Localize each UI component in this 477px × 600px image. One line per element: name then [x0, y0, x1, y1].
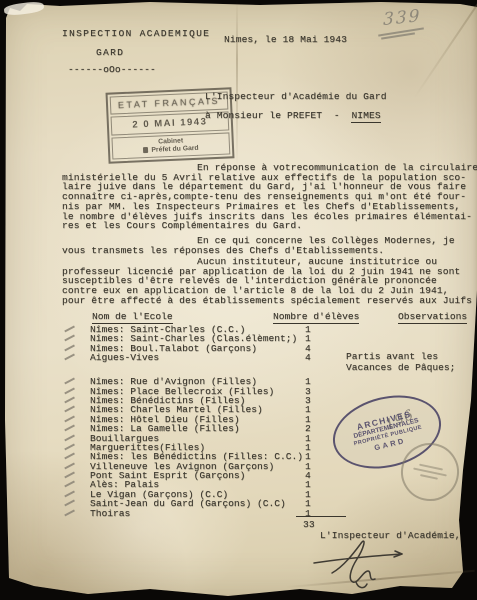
coat-of-arms-icon: [143, 147, 148, 153]
pencil-folio-number: 339: [383, 6, 421, 30]
school-table-header: Nom de l'Ecole Nombre d'élèves Observati…: [62, 311, 476, 324]
body-line: res et les Cours Complémentaires du Gard…: [62, 221, 476, 231]
document-scan: INSPECTION ACADEMIQUE GARD ------oOo----…: [0, 0, 477, 600]
table-row: Nîmes: Rue d'Avignon (Filles)1: [62, 376, 476, 385]
pencil-tick-icon: [64, 406, 74, 412]
pencil-tick-icon: [64, 354, 74, 360]
handwritten-signature: [310, 539, 420, 591]
table-row: Nîmes: Saint-Charles (C.C.)1: [62, 324, 476, 333]
body-paragraph-2: En ce qui concerne les Collèges Modernes…: [62, 236, 476, 255]
header-school-name: Nom de l'Ecole: [92, 311, 173, 324]
row-observation: Partis avant lesVacances de Pâques;: [346, 352, 455, 373]
recipient-line: à Monsieur le PREFET - NIMES: [205, 111, 381, 121]
school-name: Thoiras: [90, 508, 130, 519]
letterhead-org: INSPECTION ACADEMIQUE: [62, 29, 210, 39]
pencil-tick-icon: [64, 472, 74, 478]
recipient-prefix: à Monsieur le PREFET -: [205, 110, 351, 121]
table-row: Saint-Jean du Gard (Garçons) (C.C)1: [62, 498, 476, 507]
header-observations: Observations: [398, 311, 467, 324]
student-count: 4: [305, 352, 311, 363]
letterhead-dept: GARD: [96, 48, 124, 58]
pencil-tick-icon: [64, 434, 74, 440]
pencil-tick-icon: [64, 453, 74, 459]
pencil-tick-icon: [64, 425, 74, 431]
pencil-tick-icon: [64, 326, 74, 332]
pencil-tick-icon: [64, 509, 74, 515]
pencil-tick-icon: [64, 396, 74, 402]
pencil-tick-icon: [64, 378, 74, 384]
pencil-tick-icon: [64, 344, 74, 350]
pencil-tick-icon: [64, 500, 74, 506]
body-line: pour être affecté à des établissements s…: [62, 296, 476, 306]
observation-line: Vacances de Pâques;: [346, 363, 455, 374]
pencil-tick-icon: [64, 415, 74, 421]
school-name: Aigues-Vives: [90, 352, 159, 363]
pencil-tick-icon: [64, 335, 74, 341]
pencil-tick-icon: [64, 462, 74, 468]
table-row: Nîmes: Saint-Charles (Clas.élèment;)1: [62, 333, 476, 342]
dateline: Nimes, le 18 Mai 1943: [224, 35, 347, 45]
pencil-tick-icon: [64, 481, 74, 487]
table-row: Nîmes: Place Bellecroix (Filles)3: [62, 386, 476, 395]
header-student-count: Nombre d'élèves: [273, 311, 359, 324]
stamp-office-line2: Préfet du Gard: [151, 145, 198, 154]
stamp-office: Cabinet Préfet du Gard: [111, 132, 230, 159]
body-paragraph-3: Aucun instituteur, aucune institutrice o…: [62, 257, 476, 306]
pencil-tick-icon: [64, 490, 74, 496]
body-paragraph-1: En réponse à votrecommunication de la ci…: [62, 163, 476, 231]
faint-stamp-mark: [420, 474, 438, 480]
total-rule: [296, 516, 346, 517]
total-count: 33: [303, 520, 315, 530]
table-row: Thoiras1: [62, 508, 476, 517]
body-line: vous transmets les réponses des Chefs d'…: [62, 246, 476, 256]
pencil-tick-icon: [64, 443, 74, 449]
sender-title: L'Inspecteur d'Académie du Gard: [205, 92, 387, 102]
letterhead-ornament: ------oOo------: [68, 65, 156, 75]
table-row: Aigues-Vives4Partis avant lesVacances de…: [62, 352, 476, 372]
pencil-tick-icon: [64, 387, 74, 393]
recipient-city: NIMES: [351, 110, 380, 123]
